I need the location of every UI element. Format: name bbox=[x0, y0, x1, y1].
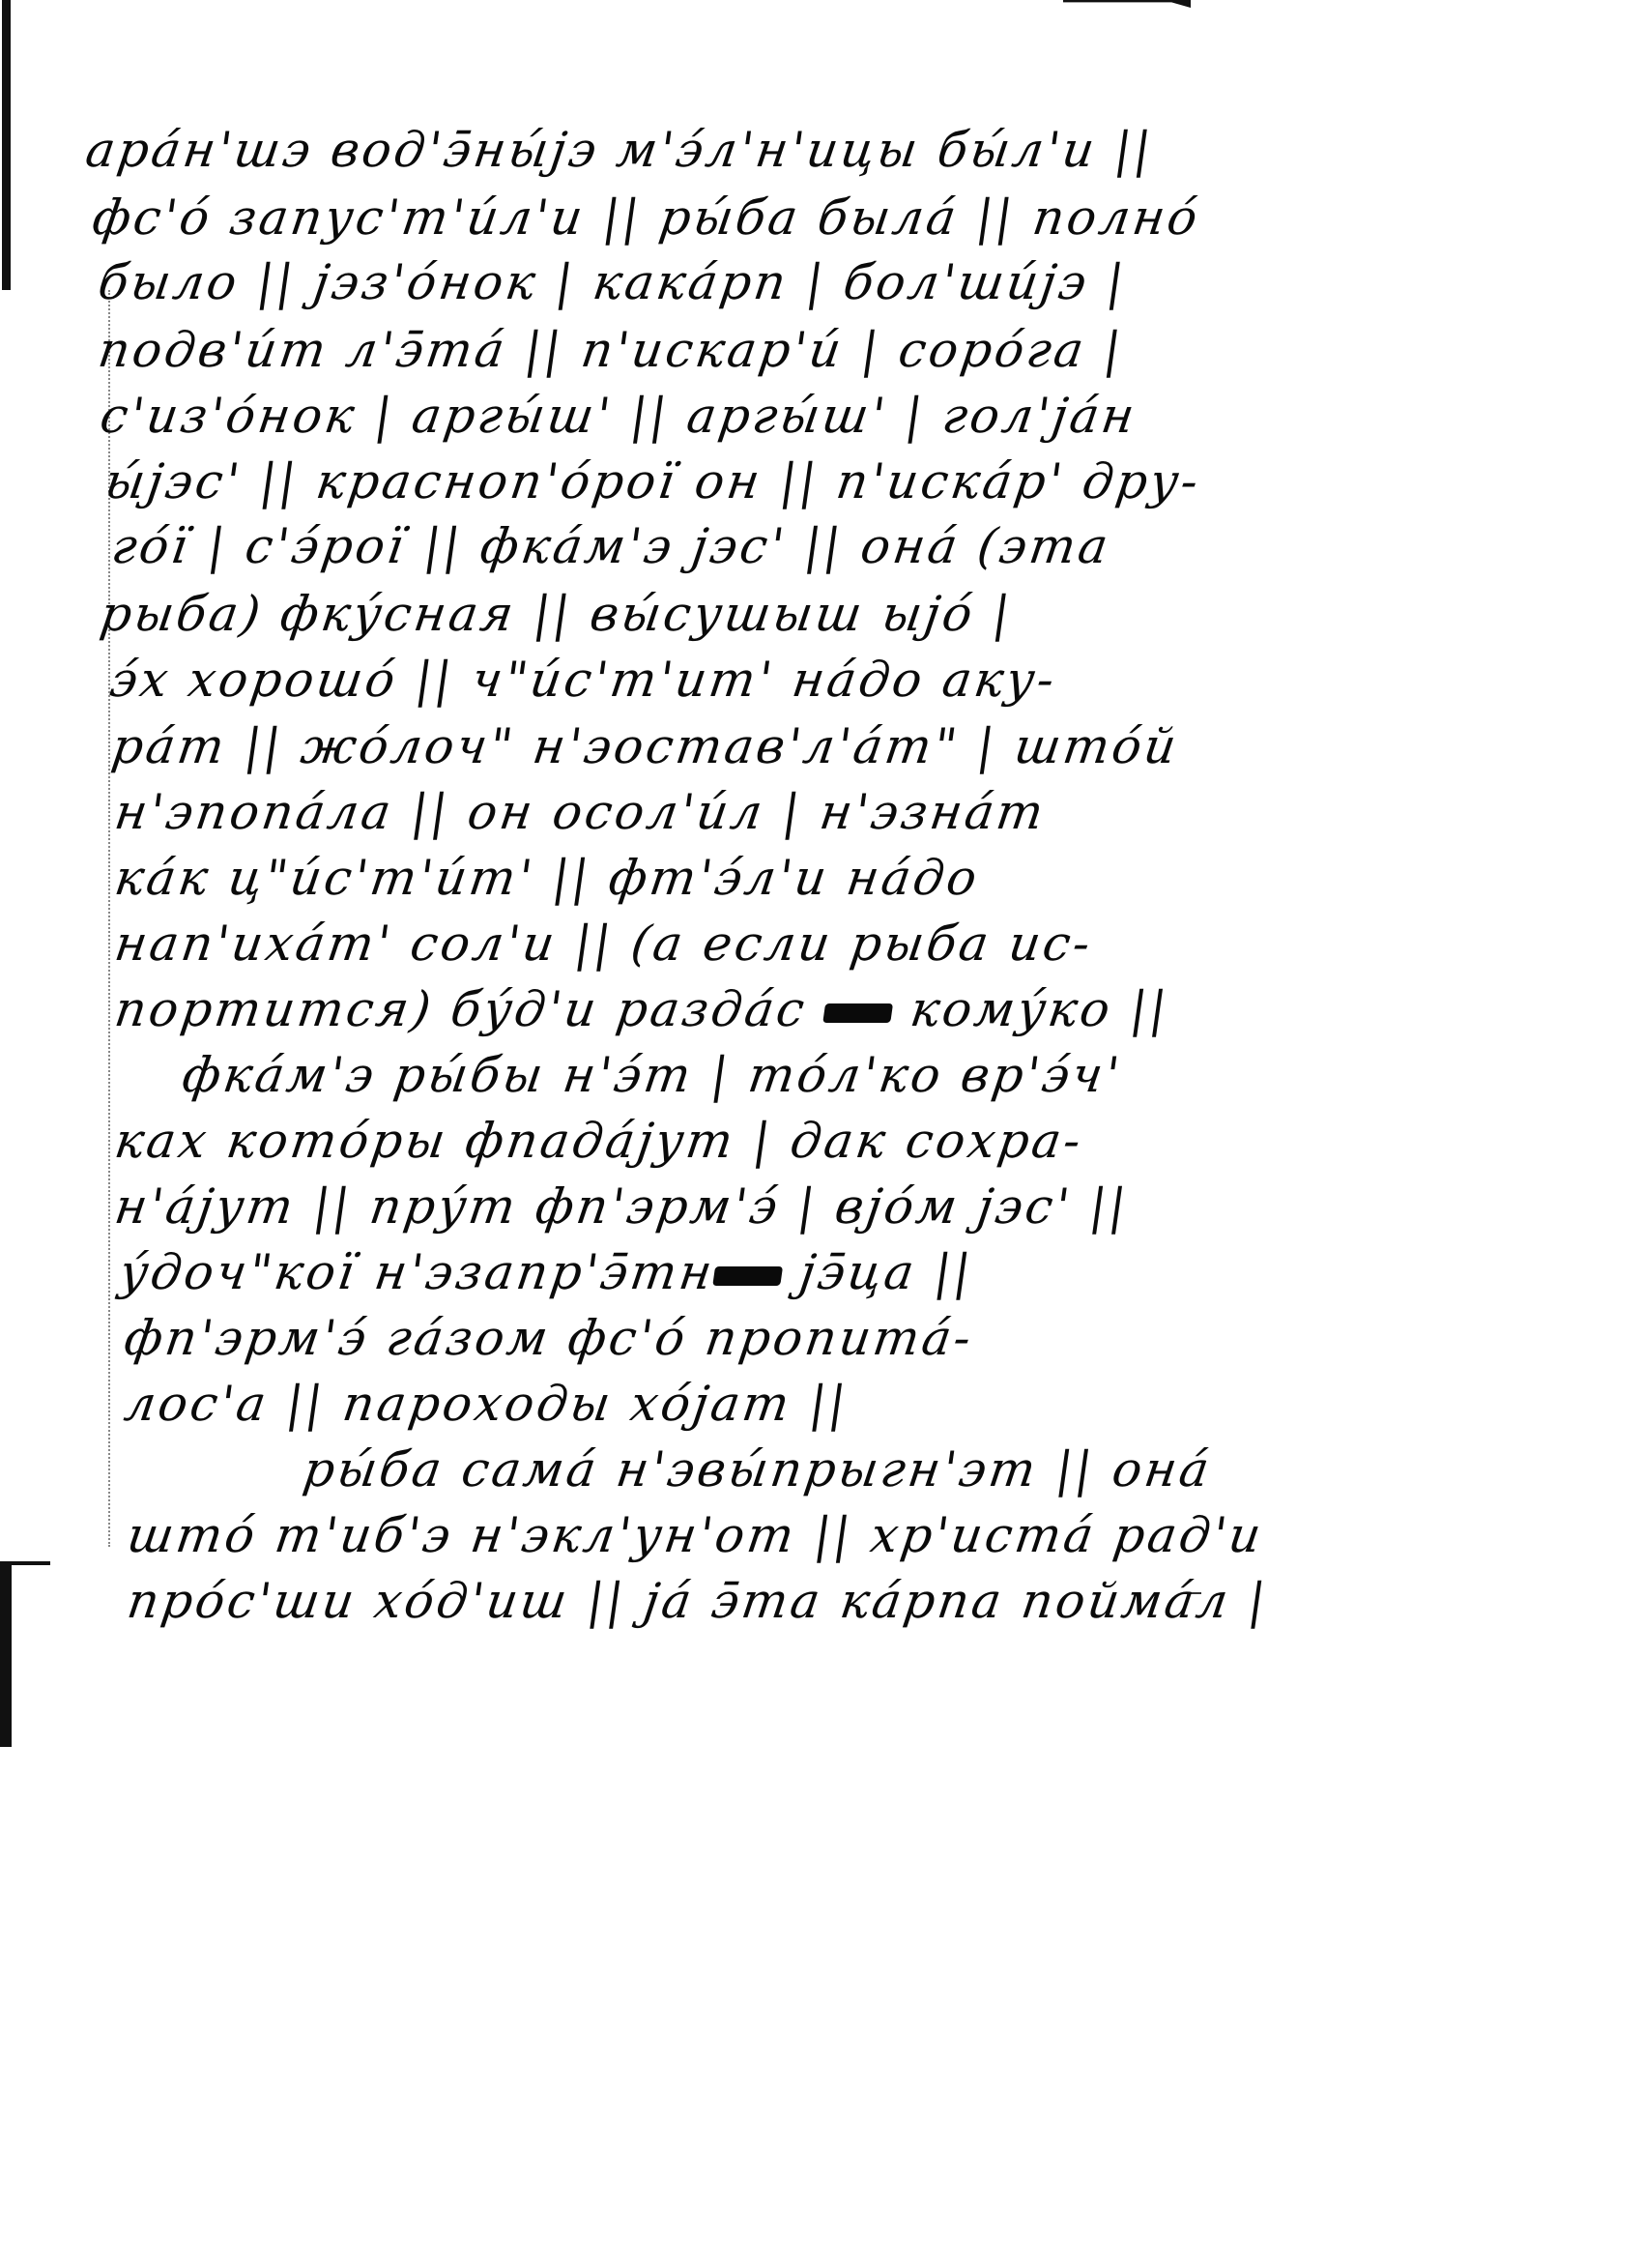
text-line: ара́н'шэ вод'э̄ны́jэ м'э́л'н'ицы бы́л'и … bbox=[82, 121, 1157, 179]
text-line: фп'эрм'э́ га́зом фс'о́ пропита́- bbox=[121, 1309, 977, 1367]
text-line: фс'о́ запус'т'и́л'и || ры́ба была́ || по… bbox=[89, 189, 1203, 247]
text-line: про́с'ши хо́д'иш || jа́ э̄та ка́рпа пойм… bbox=[124, 1572, 1272, 1630]
text-line: лос'а || пароходы хо́jат || bbox=[121, 1375, 852, 1433]
scanned-page: ара́н'шэ вод'э̄ны́jэ м'э́л'н'ицы бы́л'и … bbox=[0, 0, 1643, 2268]
text-line: с'из'о́нок | аргы́ш' || аргы́ш' | гол'jа… bbox=[97, 387, 1140, 445]
text-line: ы́jэс' || красноп'о́рої он || п'иска́р' … bbox=[101, 452, 1204, 510]
scan-edge-shadow-bottom bbox=[0, 1563, 12, 1747]
text-line: н'а́jут || пру́т фп'эрм'э́ | вjо́м jэс' … bbox=[111, 1178, 1133, 1236]
crossed-out-ink bbox=[712, 1266, 783, 1286]
text-line: рыба) фку́сная || вы́сушыш ыjо́ | bbox=[97, 585, 1016, 643]
text-line: нап'иха́т' сол'и || (а если рыба ис- bbox=[111, 915, 1097, 973]
text-line: у́доч"кої н'эзапр'э̄тн jэ̄ца || bbox=[116, 1243, 977, 1301]
text-line: ках кото́ры фпада́jут | дак сохра- bbox=[111, 1112, 1087, 1170]
text-line: ка́к ц"и́с'т'и́т' || фт'э́л'и на́до bbox=[111, 849, 983, 907]
text-line: подв'и́т л'э̄та́ || п'искар'и́ | соро́га… bbox=[95, 321, 1128, 379]
text-line: н'эпопа́ла || он осол'и́л | н'эзна́т bbox=[111, 783, 1050, 841]
scan-top-mark bbox=[1063, 0, 1191, 8]
text-line: што́ т'иб'э н'экл'ун'от || хр'иста́ рад'… bbox=[124, 1506, 1267, 1564]
crossed-out-ink bbox=[823, 1003, 894, 1023]
text-line: фка́м'э ры́бы н'э́т | то́л'ко вр'э́ч' bbox=[179, 1046, 1126, 1104]
scan-edge-shadow-top bbox=[2, 0, 11, 290]
text-line: э́х хорошо́ || ч"и́с'т'ит' на́до аку- bbox=[106, 651, 1060, 709]
text-line: было || jэз'о́нок | кака́рп | бол'ши́jэ … bbox=[95, 253, 1130, 311]
text-line: го́ї | с'э́рої || фка́м'э jэс' || она́ (… bbox=[108, 517, 1114, 575]
text-line: ры́ба сама́ н'эвы́прыгн'эт || она́ bbox=[300, 1440, 1215, 1498]
text-line: портится) бу́д'и разда́с кому́ко || bbox=[111, 980, 1173, 1038]
text-line: ра́т || жо́лоч" н'эостав'л'а́т" | што́й bbox=[108, 717, 1182, 775]
